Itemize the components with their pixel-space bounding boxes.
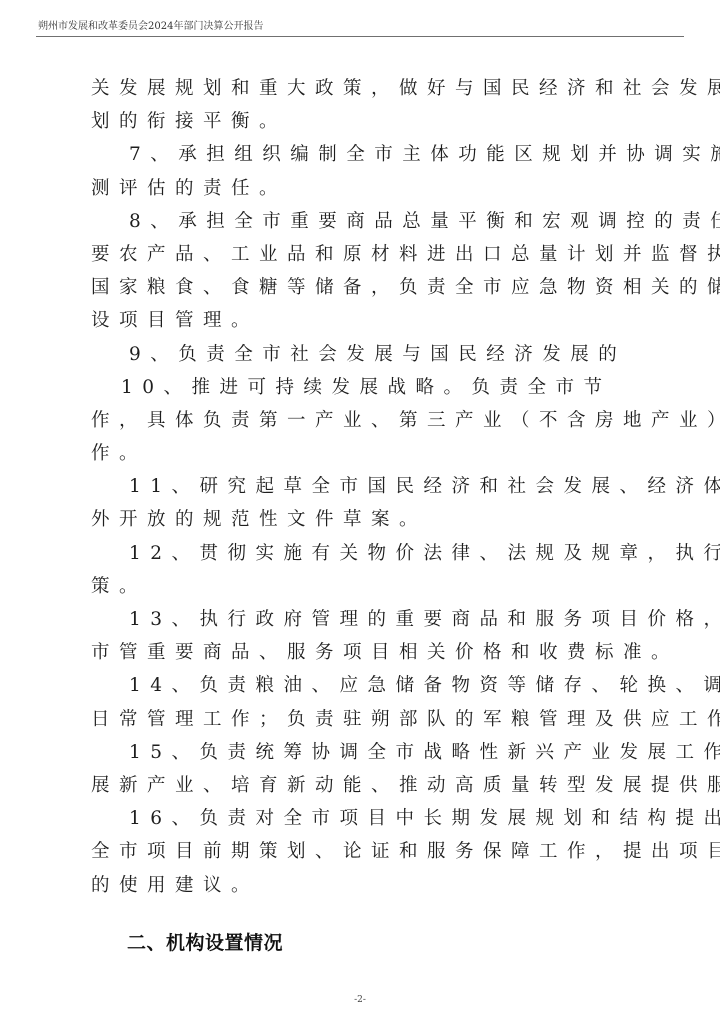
page-number: -2-	[0, 995, 720, 1005]
paragraph-item-9: 9、负责全市社会发展与国民经济发展的	[91, 338, 636, 371]
text-line: 市管重要商品、服务项目相关价格和收费标准。	[91, 636, 636, 669]
paragraph-item-13: 13、执行政府管理的重要商品和服务项目价格，制定和调整	[91, 603, 636, 636]
paragraph-item-7: 7、承担组织编制全市主体功能区规划并协调实施和进行监	[91, 138, 636, 171]
text-line: 全市项目前期策划、论证和服务保障工作，提出项目前期费用	[91, 835, 636, 868]
header-title: 朔州市发展和改革委员会2024年部门决算公开报告	[38, 21, 263, 33]
text-line: 策。	[91, 570, 636, 603]
text-line: 日常管理工作；负责驻朔部队的军粮管理及供应工作。	[91, 703, 636, 736]
text-line: 展新产业、培育新动能、推动高质量转型发展提供服务。	[91, 769, 636, 802]
section-heading: 二、机构设置情况	[127, 930, 283, 956]
text-line: 测评估的责任。	[91, 172, 636, 205]
body-text: 关发展规划和重大政策，做好与国民经济和社会发展规划、计 划的衔接平衡。 7、承担…	[91, 72, 636, 902]
text-line: 划的衔接平衡。	[91, 105, 636, 138]
text-line: 国家粮食、食糖等储备，负责全市应急物资相关的储运设施建	[91, 271, 636, 304]
text-line: 作，具体负责第一产业、第三产业（不含房地产业）节能工	[91, 404, 636, 437]
paragraph-item-10: 10、推进可持续发展战略。负责全市节	[91, 371, 636, 404]
paragraph-item-16: 16、负责对全市项目中长期发展规划和结构提出建议。组织	[91, 802, 636, 835]
text-line: 外开放的规范性文件草案。	[91, 503, 636, 536]
text-line: 作。	[91, 437, 636, 470]
text-line: 关发展规划和重大政策，做好与国民经济和社会发展规划、计	[91, 72, 636, 105]
text-line: 的使用建议。	[91, 869, 636, 902]
paragraph-item-8: 8、承担全市重要商品总量平衡和宏观调控的责任，编制重	[91, 205, 636, 238]
paragraph-item-12: 12、贯彻实施有关物价法律、法规及规章，执行国家价格政	[91, 537, 636, 570]
text-line: 要农产品、工业品和原材料进出口总量计划并监督执行。管理	[91, 238, 636, 271]
text-line: 设项目管理。	[91, 304, 636, 337]
paragraph-item-11: 11、研究起草全市国民经济和社会发展、经济体制改革、对	[91, 470, 636, 503]
paragraph-item-15: 15、负责统筹协调全市战略性新兴产业发展工作，为全市发	[91, 736, 636, 769]
page-header: 朔州市发展和改革委员会2024年部门决算公开报告	[36, 20, 684, 37]
paragraph-item-14: 14、负责粮油、应急储备物资等储存、轮换、调用、供应及	[91, 669, 636, 702]
